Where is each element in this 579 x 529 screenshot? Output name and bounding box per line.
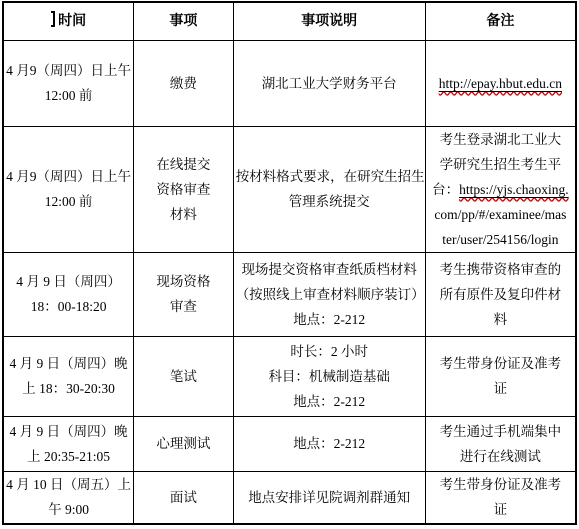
- row-interview: 4 月 10 日（周五）上 午 9:00 面试 地点安排详见院调剂群通知 考生带…: [3, 471, 576, 524]
- time-text: 4 月 10 日（周五）上 午 9:00: [6, 472, 131, 522]
- time-text: 4 月 9 日（周四） 18：00-18:20: [6, 269, 131, 319]
- time-cell: 4 月9（周四）日上午 12:00 前: [3, 40, 134, 126]
- item-text: 面试: [136, 485, 231, 510]
- header-note: 备注: [425, 2, 576, 40]
- item-cell: 缴费: [134, 40, 234, 126]
- note-line: 学研究生招生考生平: [428, 152, 573, 177]
- desc-text: 按材料格式要求，在研究生招生 管理系统提交: [236, 164, 423, 214]
- desc-cell: 按材料格式要求，在研究生招生 管理系统提交: [233, 126, 425, 252]
- desc-text: 地点：2-212: [236, 431, 423, 456]
- note-line: com/pp/#/examinee/mas: [428, 202, 573, 227]
- item-cell: 在线提交 资格审查 材料: [134, 126, 234, 252]
- row-written-exam: 4 月 9 日（周四）晚 上 18：30-20:30 笔试 时长：2 小时 科目…: [3, 336, 576, 416]
- note-text: 考生通过手机端集中 进行在线测试: [428, 419, 573, 469]
- time-cell: 4 月 9 日（周四） 18：00-18:20: [3, 252, 134, 336]
- time-cell: 4 月 9 日（周四）晚 上 20:35-21:05: [3, 416, 134, 471]
- desc-cell: 地点：2-212: [233, 416, 425, 471]
- note-line: ter/user/254156/login: [428, 227, 573, 252]
- desc-text: 现场提交资格审查纸质档材料 （按照线上审查材料顺序装订） 地点：2-212: [236, 257, 423, 332]
- desc-cell: 时长：2 小时 科目：机械制造基础 地点：2-212: [233, 336, 425, 416]
- header-desc-label: 事项说明: [301, 14, 357, 29]
- desc-text: 湖北工业大学财务平台: [236, 71, 423, 96]
- spellcheck-underline: http://epay.hbut.edu.cn: [439, 76, 562, 91]
- spellcheck-underline: https://yjs.chaoxing.: [459, 182, 569, 197]
- payment-link[interactable]: http://epay.hbut.edu.cn: [439, 76, 562, 91]
- item-text: 笔试: [136, 364, 231, 389]
- desc-cell: 地点安排详见院调剂群通知: [233, 471, 425, 524]
- schedule-table: 时间 事项 事项说明 备注 4 月9（周四）日上午 12:00 前 缴费 湖北工…: [2, 1, 577, 525]
- time-text: 4 月 9 日（周四）晚 上 18：30-20:30: [6, 351, 131, 401]
- item-cell: 现场资格 审查: [134, 252, 234, 336]
- note-cell: 考生携带资格审查的 所有原件及复印件材 料: [425, 252, 576, 336]
- header-row: 时间 事项 事项说明 备注: [3, 2, 576, 40]
- note-text: 考生携带资格审查的 所有原件及复印件材 料: [428, 257, 573, 332]
- time-text: 4 月 9 日（周四）晚 上 20:35-21:05: [6, 419, 131, 469]
- note-cell: 考生登录湖北工业大 学研究生招生考生平 台：https://yjs.chaoxi…: [425, 126, 576, 252]
- note-line: 考生登录湖北工业大: [428, 127, 573, 152]
- platform-link[interactable]: https://yjs.chaoxing.: [459, 182, 569, 197]
- item-text: 现场资格 审查: [136, 269, 231, 319]
- row-onsite-review: 4 月 9 日（周四） 18：00-18:20 现场资格 审查 现场提交资格审查…: [3, 252, 576, 336]
- note-cell: http://epay.hbut.edu.cn: [425, 40, 576, 126]
- time-cell: 4 月9（周四）日上午 12:00 前: [3, 126, 134, 252]
- note-text: 考生带身份证及准考 证: [428, 472, 573, 522]
- time-text: 4 月9（周四）日上午 12:00 前: [6, 164, 131, 214]
- row-fee-payment: 4 月9（周四）日上午 12:00 前 缴费 湖北工业大学财务平台 http:/…: [3, 40, 576, 126]
- item-text: 心理测试: [136, 431, 231, 456]
- note-text: 考生带身份证及准考 证: [428, 351, 573, 401]
- desc-text: 时长：2 小时 科目：机械制造基础 地点：2-212: [236, 339, 423, 414]
- time-text: 4 月9（周四）日上午 12:00 前: [6, 58, 131, 108]
- row-online-materials: 4 月9（周四）日上午 12:00 前 在线提交 资格审查 材料 按材料格式要求…: [3, 126, 576, 252]
- note-cell: 考生通过手机端集中 进行在线测试: [425, 416, 576, 471]
- header-time: 时间: [3, 2, 134, 40]
- time-cell: 4 月 9 日（周四）晚 上 18：30-20:30: [3, 336, 134, 416]
- note-link-prefix: 台：: [432, 182, 459, 197]
- item-cell: 面试: [134, 471, 234, 524]
- item-text: 在线提交 资格审查 材料: [136, 152, 231, 227]
- item-cell: 心理测试: [134, 416, 234, 471]
- text-cursor-icon: [51, 11, 57, 27]
- note-line: 台：https://yjs.chaoxing.: [428, 177, 573, 202]
- header-item: 事项: [134, 2, 234, 40]
- row-psych-test: 4 月 9 日（周四）晚 上 20:35-21:05 心理测试 地点：2-212…: [3, 416, 576, 471]
- item-text: 缴费: [136, 71, 231, 96]
- note-cell: 考生带身份证及准考 证: [425, 336, 576, 416]
- header-item-label: 事项: [169, 14, 197, 29]
- item-cell: 笔试: [134, 336, 234, 416]
- desc-cell: 现场提交资格审查纸质档材料 （按照线上审查材料顺序装订） 地点：2-212: [233, 252, 425, 336]
- note-cell: 考生带身份证及准考 证: [425, 471, 576, 524]
- desc-text: 地点安排详见院调剂群通知: [236, 485, 423, 510]
- header-desc: 事项说明: [233, 2, 425, 40]
- header-time-label: 时间: [58, 14, 86, 29]
- header-note-label: 备注: [486, 14, 514, 29]
- time-cell: 4 月 10 日（周五）上 午 9:00: [3, 471, 134, 524]
- desc-cell: 湖北工业大学财务平台: [233, 40, 425, 126]
